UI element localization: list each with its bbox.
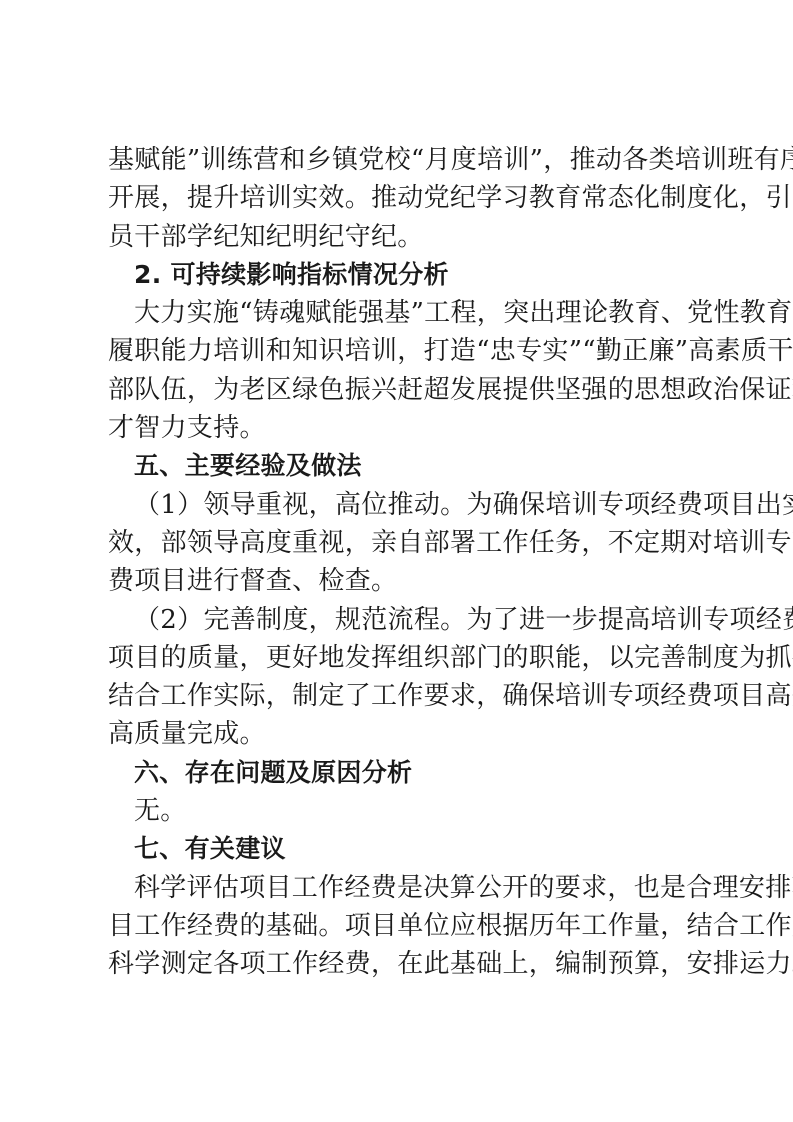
section-heading-suggestions: 七、有关建议 — [108, 830, 694, 868]
text-line: 基赋能”训练营和乡镇党校“月度培训”，推动各类培训班有序 — [108, 141, 694, 179]
text-line: 项目的质量，更好地发挥组织部门的职能，以完善制度为抓手， — [108, 639, 694, 677]
text-line: 开展，提升培训实效。推动党纪学习教育常态化制度化，引导党 — [108, 179, 694, 217]
section-heading-sustainable-impact: 2. 可持续影响指标情况分析 — [108, 256, 694, 294]
paragraph-sustainable-impact: 大力实施“铸魂赋能强基”工程，突出理论教育、党性教育、 履职能力培训和知识培训，… — [108, 294, 694, 447]
text-line: 目工作经费的基础。项目单位应根据历年工作量，结合工作实际， — [108, 907, 694, 945]
text-line: 履职能力培训和知识培训，打造“忠专实”“勤正廉”高素质干 — [108, 332, 694, 370]
document-page: 基赋能”训练营和乡镇党校“月度培训”，推动各类培训班有序 开展，提升培训实效。推… — [108, 141, 694, 984]
section-heading-problems: 六、存在问题及原因分析 — [108, 754, 694, 792]
text-line: 科学测定各项工作经费，在此基础上，编制预算，安排运力。 — [108, 945, 694, 983]
text-line: （2）完善制度，规范流程。为了进一步提高培训专项经费 — [108, 601, 694, 639]
text-line: 高质量完成。 — [108, 715, 694, 753]
paragraph-suggestions: 科学评估项目工作经费是决算公开的要求，也是合理安排项 目工作经费的基础。项目单位… — [108, 869, 694, 984]
text-line: 部队伍，为老区绿色振兴赶超发展提供坚强的思想政治保证和人 — [108, 371, 694, 409]
text-line: 员干部学纪知纪明纪守纪。 — [108, 218, 694, 256]
text-line: 无。 — [108, 792, 694, 830]
text-line: 科学评估项目工作经费是决算公开的要求，也是合理安排项 — [108, 869, 694, 907]
text-line: （1）领导重视，高位推动。为确保培训专项经费项目出实 — [108, 486, 694, 524]
text-line: 费项目进行督查、检查。 — [108, 562, 694, 600]
paragraph-no-problems: 无。 — [108, 792, 694, 830]
paragraph-system-improvement: （2）完善制度，规范流程。为了进一步提高培训专项经费 项目的质量，更好地发挥组织… — [108, 601, 694, 754]
text-line: 大力实施“铸魂赋能强基”工程，突出理论教育、党性教育、 — [108, 294, 694, 332]
text-line: 才智力支持。 — [108, 409, 694, 447]
paragraph-leadership: （1）领导重视，高位推动。为确保培训专项经费项目出实 效，部领导高度重视，亲自部… — [108, 486, 694, 601]
text-line: 效，部领导高度重视，亲自部署工作任务，不定期对培训专项经 — [108, 524, 694, 562]
text-line: 结合工作实际，制定了工作要求，确保培训专项经费项目高效、 — [108, 677, 694, 715]
paragraph-training-continuation: 基赋能”训练营和乡镇党校“月度培训”，推动各类培训班有序 开展，提升培训实效。推… — [108, 141, 694, 256]
section-heading-experience: 五、主要经验及做法 — [108, 447, 694, 485]
